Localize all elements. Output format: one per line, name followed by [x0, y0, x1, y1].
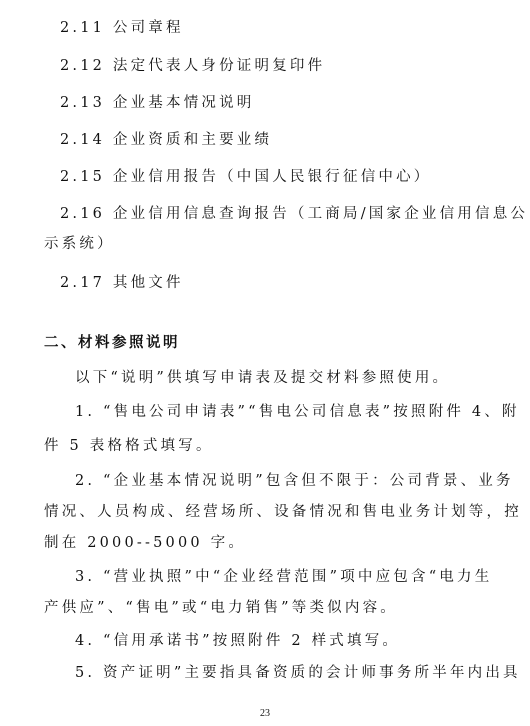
note-4-line-1: 4. “信用承诺书”按照附件 2 样式填写。	[75, 632, 400, 650]
item-text: 其他文件	[113, 275, 184, 291]
list-item-2-12: 2.12 法定代表人身份证明复印件	[60, 57, 325, 75]
list-item-2-11: 2.11 公司章程	[60, 19, 184, 37]
note-2-line-1: 2. “企业基本情况说明”包含但不限于：公司背景、业务	[75, 472, 514, 490]
item-text: 公司章程	[113, 20, 184, 36]
item-text: 企业信用信息查询报告（工商局/国家企业信用信息公	[113, 206, 528, 222]
list-item-2-14: 2.14 企业资质和主要业绩	[60, 131, 272, 149]
intro-paragraph: 以下“说明”供填写申请表及提交材料参照使用。	[75, 369, 450, 387]
list-item-2-16: 2.16 企业信用信息查询报告（工商局/国家企业信用信息公	[60, 205, 528, 223]
list-item-2-16-continuation: 示系统）	[44, 235, 115, 253]
item-text: 法定代表人身份证明复印件	[113, 58, 325, 74]
page-number: 23	[0, 708, 530, 719]
item-text: 企业资质和主要业绩	[113, 132, 272, 148]
item-number: 2.13	[60, 95, 105, 111]
item-number: 2.11	[60, 20, 105, 36]
note-2-line-2: 情况、人员构成、经营场所、设备情况和售电业务计划等，控	[44, 503, 522, 521]
item-number: 2.12	[60, 58, 105, 74]
item-number: 2.17	[60, 275, 105, 291]
note-2-line-3: 制在 2000--5000 字。	[44, 534, 246, 552]
item-text: 企业基本情况说明	[113, 95, 255, 111]
note-5-line-1: 5. 资产证明”主要指具备资质的会计师事务所半年内出具	[75, 664, 521, 682]
item-number: 2.14	[60, 132, 105, 148]
item-number: 2.15	[60, 169, 105, 185]
item-number: 2.16	[60, 206, 105, 222]
item-text: 企业信用报告（中国人民银行征信中心）	[113, 169, 432, 185]
section-heading: 二、材料参照说明	[44, 334, 180, 352]
list-item-2-13: 2.13 企业基本情况说明	[60, 94, 255, 112]
list-item-2-15: 2.15 企业信用报告（中国人民银行征信中心）	[60, 168, 432, 186]
note-3-line-2: 产供应”、“售电”或“电力销售”等类似内容。	[44, 599, 398, 617]
list-item-2-17: 2.17 其他文件	[60, 274, 184, 292]
note-1-line-1: 1. “售电公司申请表”“售电公司信息表”按照附件 4、附	[75, 403, 520, 421]
note-1-line-2: 件 5 表格格式填写。	[44, 437, 214, 455]
note-3-line-1: 3. “营业执照”中“企业经营范围”项中应包含“电力生	[75, 568, 492, 586]
